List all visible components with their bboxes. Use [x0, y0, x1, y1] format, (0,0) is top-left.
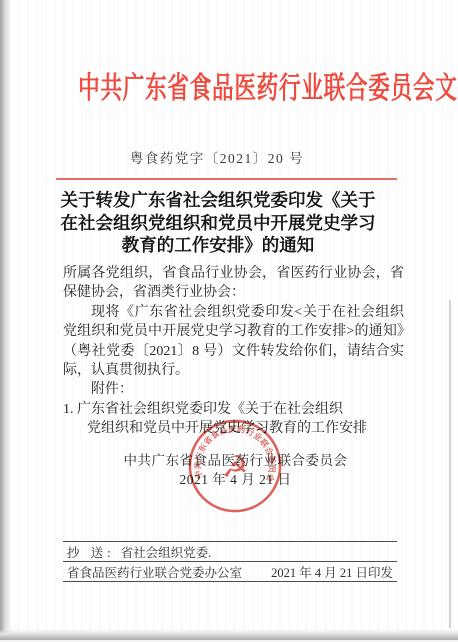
main-paragraph: 现将《广东省社会组织党委印发<关于在社会组织党组织和党员中开展党史学习教育的工作…: [63, 303, 404, 381]
document-header-title: 中共广东省食品医药行业联合委员会文件: [0, 72, 458, 106]
document-title-line: 教育的工作安排》的通知: [0, 234, 436, 257]
scan-edge-bottom: [0, 629, 458, 640]
document-title: 关于转发广东省社会组织党委印发《关于 在社会组织党组织和党员中开展党史学习 教育…: [0, 189, 436, 257]
scan-edge-right: [449, 300, 451, 628]
hammer-and-sickle-icon: ☭: [222, 450, 248, 484]
copy-to-value: 省社会组织党委.: [121, 543, 212, 561]
document-title-line: 关于转发广东省社会组织党委印发《关于: [0, 189, 436, 212]
header-divider-line: [56, 178, 397, 180]
doc-number: 粤食药党字〔2021〕20 号: [0, 147, 434, 167]
document-footer: 抄 送: 省社会组织党委. 省食品医药行业联合党委办公室 2021 年 4 月 …: [63, 541, 397, 582]
issue-row: 省食品医药行业联合党委办公室 2021 年 4 月 21 日印发: [63, 562, 397, 581]
document-title-line: 在社会组织党组织和党员中开展党史学习: [0, 212, 436, 235]
issuer-office: 省食品医药行业联合党委办公室: [67, 563, 242, 581]
document-page: 中共广东省食品医药行业联合委员会文件 粤食药党字〔2021〕20 号 关于转发广…: [0, 0, 458, 642]
print-date: 2021 年 4 月 21 日印发: [271, 563, 393, 581]
copy-to-label: 抄 送:: [67, 543, 115, 561]
attachment-item-line: 1. 广东省社会组织党委印发《关于在社会组织: [63, 402, 343, 417]
document-body: 所属各党组织，省食品行业协会，省医药行业协会，省保健协会，省酒类行业协会： 现将…: [63, 264, 404, 439]
org-title-text: 中共广东省食品医药行业联合委员会文件: [78, 72, 458, 106]
attachment-label: 附件：: [63, 380, 404, 399]
official-seal: 中共广东省食品医药行业联合委员会 ☭: [186, 417, 284, 515]
salutation: 所属各党组织，省食品行业协会，省医药行业协会，省保健协会，省酒类行业协会：: [63, 264, 404, 303]
footer-divider-bottom: [63, 581, 397, 582]
copy-to-row: 抄 送: 省社会组织党委.: [63, 542, 397, 561]
scan-edge-left: [0, 0, 11, 642]
